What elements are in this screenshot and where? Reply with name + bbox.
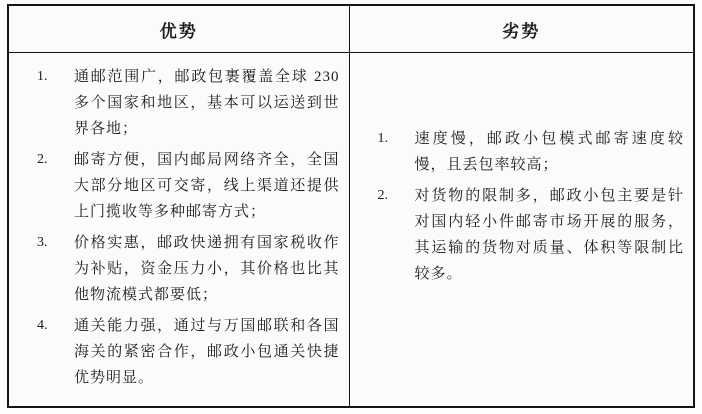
- item-text: 邮寄方便，国内邮局网络齐全，全国大部分地区可交寄，线上渠道还提供上门揽收等多种邮…: [74, 147, 349, 225]
- item-text: 价格实惠，邮政快递拥有国家税收作为补贴，资金压力小，其价格也比其他物流模式都要低…: [74, 230, 349, 308]
- advantages-header: 优势: [8, 5, 349, 53]
- advantage-item-3: 3. 价格实惠，邮政快递拥有国家税收作为补贴，资金压力小，其价格也比其他物流模式…: [9, 230, 349, 308]
- item-text: 速度慢，邮政小包模式邮寄速度较慢，且丢包率较高；: [415, 126, 694, 178]
- table-header-row: 优势 劣势: [8, 5, 694, 53]
- disadvantage-item-2: 2. 对货物的限制多，邮政小包主要是针对国内轻小件邮寄市场开展的服务，其运输的货…: [350, 183, 694, 287]
- page: 优势 劣势 1. 通邮范围广，邮政包裹覆盖全球 230 多个国家和地区，基本可以…: [0, 0, 702, 414]
- advantage-item-1: 1. 通邮范围广，邮政包裹覆盖全球 230 多个国家和地区，基本可以运送到世界各…: [9, 64, 349, 142]
- advantage-item-4: 4. 通关能力强，通过与万国邮联和各国海关的紧密合作，邮政小包通关快捷优势明显。: [9, 313, 349, 391]
- comparison-table: 优势 劣势 1. 通邮范围广，邮政包裹覆盖全球 230 多个国家和地区，基本可以…: [7, 4, 695, 408]
- item-number: 2.: [378, 183, 415, 209]
- disadvantage-item-1: 1. 速度慢，邮政小包模式邮寄速度较慢，且丢包率较高；: [350, 126, 694, 178]
- table-body-row: 1. 通邮范围广，邮政包裹覆盖全球 230 多个国家和地区，基本可以运送到世界各…: [8, 53, 694, 408]
- item-number: 4.: [37, 313, 74, 339]
- item-text: 通关能力强，通过与万国邮联和各国海关的紧密合作，邮政小包通关快捷优势明显。: [74, 313, 349, 391]
- disadvantages-header: 劣势: [349, 5, 694, 53]
- item-number: 2.: [37, 147, 74, 173]
- item-text: 通邮范围广，邮政包裹覆盖全球 230 多个国家和地区，基本可以运送到世界各地；: [74, 64, 349, 142]
- disadvantages-cell: 1. 速度慢，邮政小包模式邮寄速度较慢，且丢包率较高； 2. 对货物的限制多，邮…: [349, 53, 694, 408]
- item-number: 1.: [37, 64, 74, 90]
- item-number: 3.: [37, 230, 74, 256]
- item-number: 1.: [378, 126, 415, 152]
- advantage-item-2: 2. 邮寄方便，国内邮局网络齐全，全国大部分地区可交寄，线上渠道还提供上门揽收等…: [9, 147, 349, 225]
- advantages-cell: 1. 通邮范围广，邮政包裹覆盖全球 230 多个国家和地区，基本可以运送到世界各…: [8, 53, 349, 408]
- item-text: 对货物的限制多，邮政小包主要是针对国内轻小件邮寄市场开展的服务，其运输的货物对质…: [415, 183, 694, 287]
